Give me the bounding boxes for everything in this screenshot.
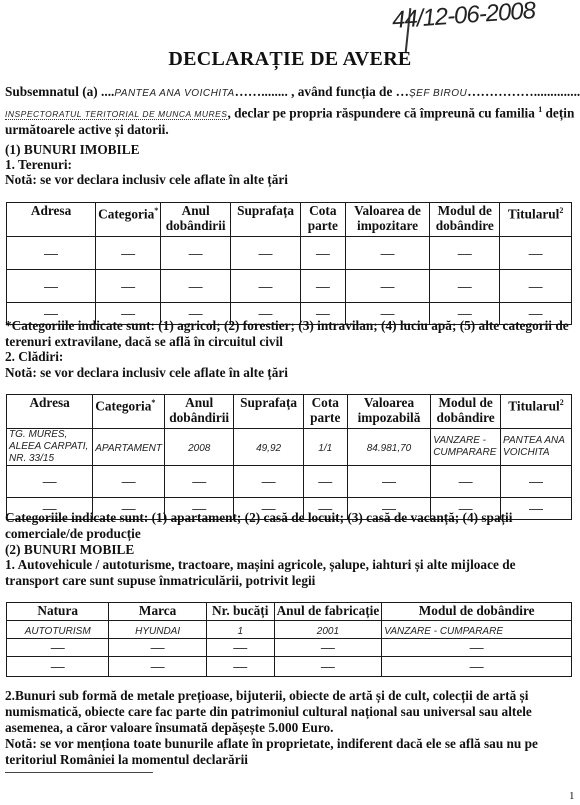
col-valoarea: Valoarea de impozitare: [345, 203, 430, 237]
vehicle-table: Natura Marca Nr. bucăți Anul de fabricaț…: [6, 602, 572, 677]
intro-paragraph: Subsemnatul (a) ....PANTEA ANA VOICHITA……: [5, 84, 570, 138]
subsemnatul-label: Subsemnatul (a) ....: [5, 84, 114, 99]
table-cell[interactable]: —: [96, 270, 161, 303]
empty-dash: —: [189, 246, 203, 261]
table-cell[interactable]: PANTEA ANA VOICHITA: [501, 429, 572, 466]
table-cell[interactable]: —: [345, 237, 430, 270]
col-categoria: Categoria*: [96, 203, 161, 237]
empty-dash: —: [529, 474, 543, 489]
table-cell[interactable]: AUTOTURISM: [7, 621, 109, 639]
empty-dash: —: [458, 246, 472, 261]
table-row: —————: [7, 657, 572, 677]
table-cell[interactable]: HYUNDAI: [109, 621, 207, 639]
empty-dash: —: [459, 474, 473, 489]
declaration-text-end: dețin: [542, 105, 574, 120]
col-cota: Cota parte: [300, 203, 345, 237]
land-table: Adresa Categoria* Anul dobândirii Supraf…: [6, 202, 572, 325]
empty-dash: —: [44, 279, 58, 294]
table-cell[interactable]: 2001: [274, 621, 382, 639]
empty-dash: —: [262, 474, 276, 489]
empty-dash: —: [316, 279, 330, 294]
table-cell[interactable]: —: [161, 237, 231, 270]
building-table-header: Adresa Categoria* Anul dobândirii Supraf…: [7, 395, 572, 429]
table-row: AUTOTURISMHYUNDAI12001VANZARE - CUMPARAR…: [7, 621, 572, 639]
col-cota: Cota parte: [303, 395, 347, 429]
empty-dash: —: [470, 659, 484, 674]
table-cell[interactable]: —: [274, 657, 382, 677]
col-nr-bucati: Nr. bucăți: [206, 603, 274, 621]
col-anul: Anul dobândirii: [161, 203, 231, 237]
table-cell[interactable]: —: [161, 270, 231, 303]
col-adresa: Adresa: [7, 395, 93, 429]
col-anul: Anul dobândirii: [164, 395, 234, 429]
table-cell[interactable]: —: [7, 237, 96, 270]
table-cell[interactable]: —: [164, 466, 234, 498]
col-titularul: Titularul2: [500, 203, 572, 237]
table-row: TG. MURES, ALEEA CARPATI, NR. 33/15APART…: [7, 429, 572, 466]
empty-dash: —: [44, 246, 58, 261]
empty-dash: —: [189, 279, 203, 294]
table-cell[interactable]: —: [500, 270, 572, 303]
table-cell[interactable]: TG. MURES, ALEEA CARPATI, NR. 33/15: [7, 429, 93, 466]
handwritten-value: 1: [237, 626, 243, 638]
table-cell[interactable]: —: [7, 639, 109, 657]
land-table-header: Adresa Categoria* Anul dobândirii Supraf…: [7, 203, 572, 237]
table-cell[interactable]: —: [347, 466, 430, 498]
table-cell[interactable]: —: [303, 466, 347, 498]
table-cell[interactable]: —: [430, 237, 500, 270]
empty-dash: —: [233, 640, 247, 655]
handwritten-value: 49,92: [256, 443, 281, 455]
empty-dash: —: [382, 474, 396, 489]
col-titularul: Titularul2: [501, 395, 572, 429]
empty-dash: —: [259, 279, 273, 294]
table-cell[interactable]: —: [7, 466, 93, 498]
empty-dash: —: [381, 246, 395, 261]
dots: ……........ , având funcția de …: [235, 84, 409, 99]
handwritten-value: PANTEA ANA VOICHITA: [503, 435, 569, 459]
table-cell[interactable]: —: [382, 657, 572, 677]
section1-heading: (1) BUNURI IMOBILE: [5, 142, 570, 158]
empty-dash: —: [151, 640, 165, 655]
table-row: —————: [7, 639, 572, 657]
function-field[interactable]: ȘEF BIROU: [409, 88, 467, 99]
table-cell[interactable]: —: [231, 237, 301, 270]
handwritten-value: APARTAMENT: [95, 443, 162, 455]
table-cell[interactable]: —: [501, 466, 572, 498]
col-categoria: Categoria*: [93, 395, 165, 429]
empty-dash: —: [458, 279, 472, 294]
empty-dash: —: [470, 640, 484, 655]
declaration-line3: următoarele active și datorii.: [5, 122, 570, 138]
col-modul: Modul de dobândire: [382, 603, 572, 621]
empty-dash: —: [316, 246, 330, 261]
section1-note2: Notă: se vor declara inclusiv cele aflat…: [5, 365, 570, 381]
empty-dash: —: [51, 640, 65, 655]
handwritten-value: HYUNDAI: [135, 626, 180, 638]
section2-note2: Notă: se vor menționa toate bunurile afl…: [5, 736, 570, 768]
table-cell[interactable]: —: [109, 657, 207, 677]
empty-dash: —: [121, 279, 135, 294]
table-cell[interactable]: 2008: [164, 429, 234, 466]
table-cell[interactable]: —: [500, 237, 572, 270]
table-cell[interactable]: —: [7, 657, 109, 677]
handwritten-value: 2001: [317, 626, 339, 638]
empty-dash: —: [192, 474, 206, 489]
handwritten-value: TG. MURES, ALEEA CARPATI, NR. 33/15: [9, 429, 90, 465]
section2-sub1: 1. Autovehicule / autoturisme, tractoare…: [5, 557, 570, 589]
empty-dash: —: [51, 659, 65, 674]
empty-dash: —: [121, 246, 135, 261]
building-footnote: Categoriile indicate sunt: (1) apartamen…: [5, 510, 570, 542]
empty-dash: —: [259, 246, 273, 261]
table-row: ————————: [7, 237, 572, 270]
col-valoarea: Valoarea impozabilă: [347, 395, 430, 429]
empty-dash: —: [529, 246, 543, 261]
table-cell[interactable]: VANZARE - CUMPARARE: [382, 621, 572, 639]
table-row: ————————: [7, 466, 572, 498]
col-modul: Modul de dobândire: [430, 203, 500, 237]
document-title: DECLARAȚIE DE AVERE: [0, 48, 580, 71]
col-adresa: Adresa: [7, 203, 96, 237]
building-table: Adresa Categoria* Anul dobândirii Supraf…: [6, 394, 572, 520]
table-cell[interactable]: —: [274, 639, 382, 657]
declaration-text: , declar pe propria răspundere că împreu…: [227, 105, 534, 120]
empty-dash: —: [321, 640, 335, 655]
table-cell[interactable]: —: [382, 639, 572, 657]
table-cell[interactable]: —: [231, 270, 301, 303]
declarant-name-field[interactable]: PANTEA ANA VOICHITA: [114, 88, 234, 99]
table-cell[interactable]: APARTAMENT: [93, 429, 165, 466]
institution-field[interactable]: INSPECTORATUL TERITORIAL DE MUNCA MURES: [5, 109, 227, 120]
land-footnote: *Categoriile indicate sunt: (1) agricol;…: [5, 318, 570, 350]
col-natura: Natura: [7, 603, 109, 621]
col-suprafata: Suprafața: [234, 395, 303, 429]
empty-dash: —: [122, 474, 136, 489]
col-marca: Marca: [109, 603, 207, 621]
empty-dash: —: [43, 474, 57, 489]
table-row: ————————: [7, 270, 572, 303]
table-cell[interactable]: 84.981,70: [347, 429, 430, 466]
col-anul-fabricatie: Anul de fabricație: [274, 603, 382, 621]
section1-sub2: 2. Clădiri:: [5, 349, 570, 365]
table-cell[interactable]: —: [96, 237, 161, 270]
empty-dash: —: [381, 279, 395, 294]
table-cell[interactable]: 1: [206, 621, 274, 639]
empty-dash: —: [321, 659, 335, 674]
vehicle-table-header: Natura Marca Nr. bucăți Anul de fabricaț…: [7, 603, 572, 621]
empty-dash: —: [233, 659, 247, 674]
table-cell[interactable]: —: [93, 466, 165, 498]
table-cell[interactable]: —: [7, 270, 96, 303]
handwritten-value: VANZARE - CUMPARARE: [384, 626, 503, 638]
table-cell[interactable]: —: [300, 270, 345, 303]
section2-sub2: 2.Bunuri sub formă de metale prețioase, …: [5, 688, 570, 736]
registration-stamp: 44/12-06-2008: [391, 0, 536, 35]
table-cell[interactable]: —: [234, 466, 303, 498]
col-modul: Modul de dobândire: [431, 395, 501, 429]
empty-dash: —: [318, 474, 332, 489]
table-cell[interactable]: —: [206, 639, 274, 657]
empty-dash: —: [529, 279, 543, 294]
handwritten-value: AUTOTURISM: [25, 626, 91, 638]
table-cell[interactable]: —: [431, 466, 501, 498]
col-suprafata: Suprafața: [231, 203, 301, 237]
section1-note1: Notă: se vor declara inclusiv cele aflat…: [5, 172, 570, 188]
section2-heading: (2) BUNURI MOBILE: [5, 542, 570, 558]
table-cell[interactable]: —: [109, 639, 207, 657]
table-cell[interactable]: —: [206, 657, 274, 677]
empty-dash: —: [151, 659, 165, 674]
footnote-separator: [5, 772, 153, 773]
section1-sub1: 1. Terenuri:: [5, 157, 570, 173]
table-cell[interactable]: 49,92: [234, 429, 303, 466]
dots: …………….............. la: [467, 84, 580, 99]
table-cell[interactable]: —: [300, 237, 345, 270]
handwritten-value: 2008: [188, 443, 210, 455]
handwritten-value: 1/1: [318, 443, 332, 455]
handwritten-value: 84.981,70: [367, 443, 412, 455]
table-cell[interactable]: VANZARE - CUMPARARE: [431, 429, 501, 466]
table-cell[interactable]: 1/1: [303, 429, 347, 466]
table-cell[interactable]: —: [345, 270, 430, 303]
page-number: 1: [569, 790, 575, 802]
table-cell[interactable]: —: [430, 270, 500, 303]
handwritten-value: VANZARE - CUMPARARE: [433, 435, 498, 459]
